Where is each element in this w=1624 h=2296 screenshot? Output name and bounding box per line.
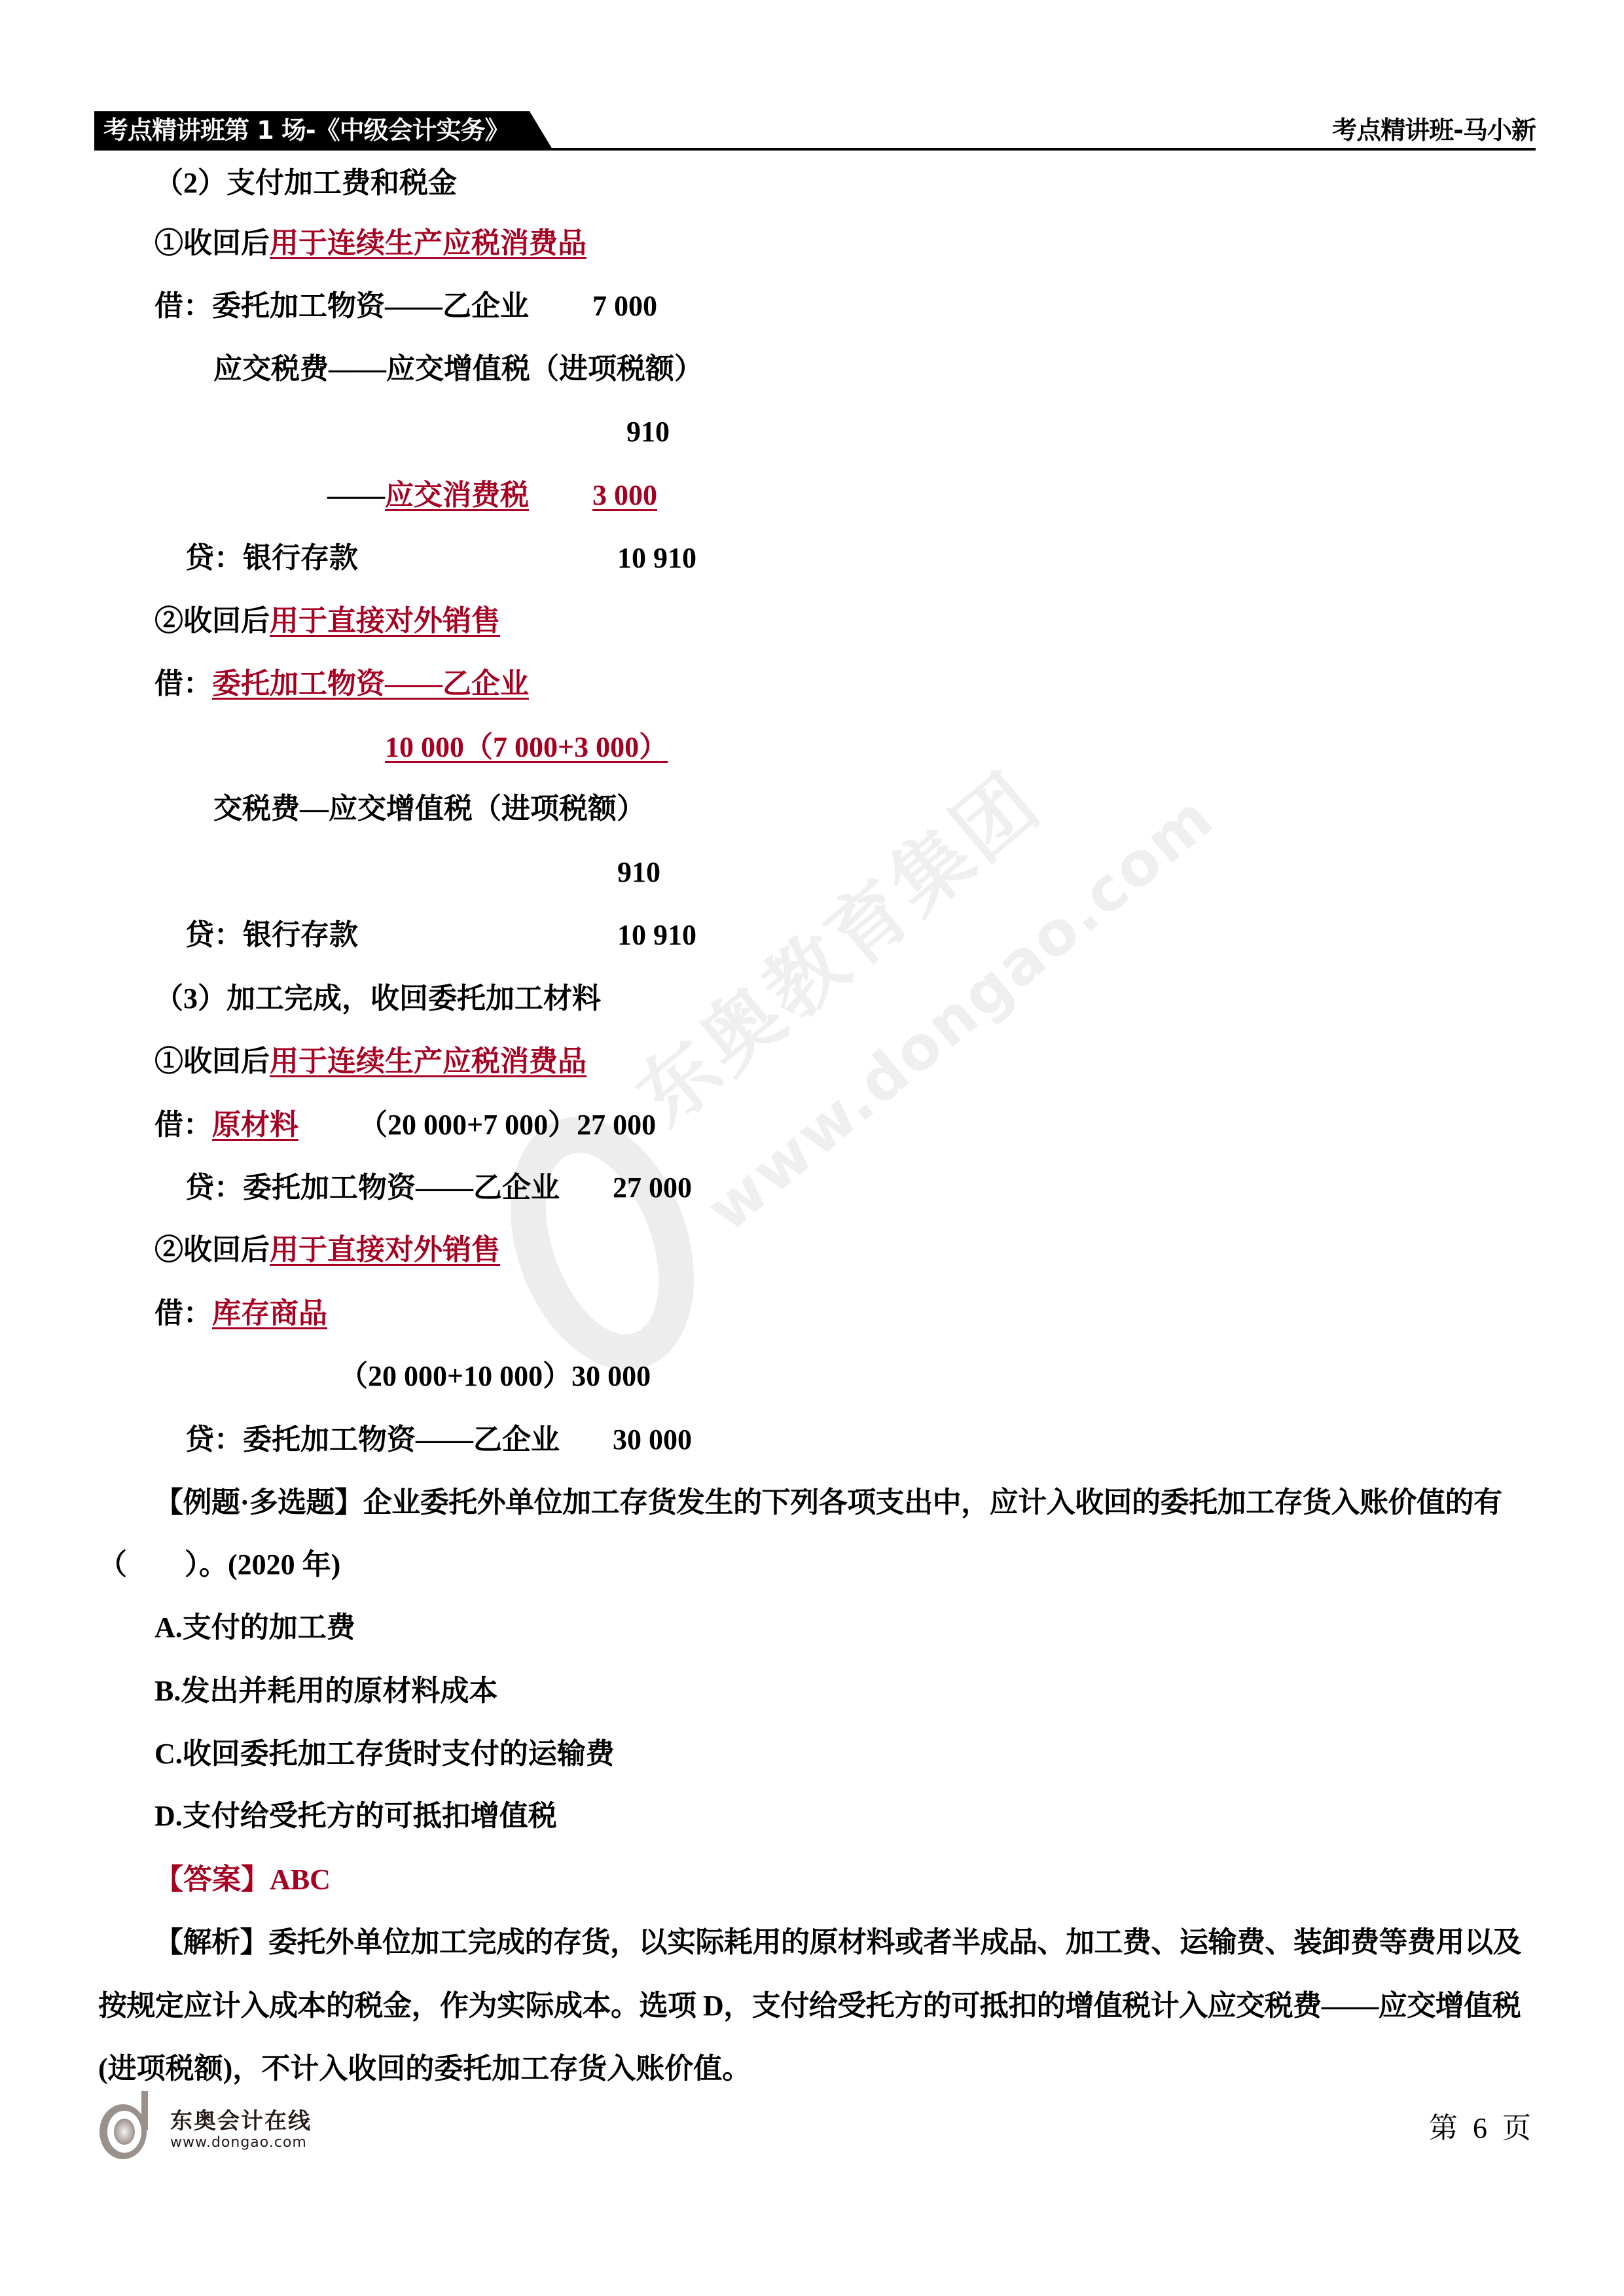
journal-credit-line: 贷：银行存款 xyxy=(185,916,358,955)
option-b: B.发出并耗用的原材料成本 xyxy=(154,1672,497,1711)
header-divider xyxy=(94,148,1536,151)
debit-label: 借： xyxy=(154,668,212,700)
section-3-heading: （3）加工完成，收回委托加工材料 xyxy=(154,979,601,1018)
case-heading: ②收回后用于直接对外销售 xyxy=(154,601,500,641)
vat-amount: 910 xyxy=(626,412,670,452)
excise-amount-value: 3 000 xyxy=(592,479,657,511)
debit-label: 借： xyxy=(154,1297,212,1329)
credit-account: 银行存款 xyxy=(243,919,358,951)
credit-amount: 27 000 xyxy=(613,1168,692,1208)
credit-amount: 10 910 xyxy=(617,539,696,578)
credit-label: 贷： xyxy=(185,919,243,951)
analysis-line-3: (进项税额)，不计入收回的委托加工存货入账价值。 xyxy=(98,2049,751,2089)
debit-amount: 10 000（7 000+3 000） xyxy=(385,728,668,767)
answer-value: ABC xyxy=(270,1863,331,1895)
dongao-logo-icon xyxy=(98,2091,160,2160)
credit-amount: 10 910 xyxy=(617,916,696,955)
credit-label: 贷： xyxy=(185,1172,243,1204)
credit-account: 委托加工物资——乙企业 xyxy=(243,1424,560,1456)
case-highlight: 用于连续生产应税消费品 xyxy=(270,1045,586,1077)
option-c: C.收回委托加工存货时支付的运输费 xyxy=(154,1734,615,1774)
journal-debit-line: 借：委托加工物资——乙企业 xyxy=(154,287,529,326)
debit-amount-value: 10 000（7 000+3 000） xyxy=(385,731,668,763)
question-stem: 【例题·多选题】企业委托外单位加工存货发生的下列各项支出中，应计入收回的委托加工… xyxy=(154,1483,1536,1522)
header-lecturer: 考点精讲班-马小新 xyxy=(1332,113,1536,148)
footer-logo: 东奥会计在线 www.dongao.com xyxy=(98,2091,334,2163)
question-stem-cont: （ ）。(2020 年) xyxy=(98,1545,340,1585)
logo-brand-name: 东奥会计在线 xyxy=(170,2103,312,2135)
option-a: A.支付的加工费 xyxy=(154,1608,355,1647)
credit-label: 贷： xyxy=(185,542,243,574)
debit-amount: （20 000+10 000）30 000 xyxy=(339,1357,651,1396)
logo-url: www.dongao.com xyxy=(170,2134,307,2151)
credit-account: 委托加工物资——乙企业 xyxy=(243,1172,560,1204)
section-2-heading: （2）支付加工费和税金 xyxy=(154,164,457,203)
journal-credit-line: 贷：银行存款 xyxy=(185,539,358,578)
credit-label: 贷： xyxy=(185,1424,243,1456)
debit-account: 库存商品 xyxy=(212,1297,327,1329)
journal-debit-line: 借：原材料 xyxy=(154,1105,298,1145)
credit-account: 银行存款 xyxy=(243,542,358,574)
document-page: 东奥教育集团 www.dongao.com 考点精讲班第 1 场-《中级会计实务… xyxy=(0,0,1624,2296)
case-heading: ①收回后用于连续生产应税消费品 xyxy=(154,224,586,263)
case-prefix: ①收回后 xyxy=(154,227,270,259)
excise-amount: 3 000 xyxy=(592,476,657,515)
debit-label: 借： xyxy=(154,1109,212,1141)
vat-amount: 910 xyxy=(617,853,660,892)
vat-account: 交税费—应交增值税（进项税额） xyxy=(213,789,645,829)
debit-account: 委托加工物资——乙企业 xyxy=(212,668,529,700)
option-d: D.支付给受托方的可抵扣增值税 xyxy=(154,1797,557,1836)
answer-label: 【答案】 xyxy=(154,1863,270,1895)
journal-credit-line: 贷：委托加工物资——乙企业 xyxy=(185,1168,560,1208)
excise-prefix: —— xyxy=(327,479,385,511)
case-heading: ①收回后用于连续生产应税消费品 xyxy=(154,1042,586,1081)
debit-amount: 7 000 xyxy=(592,287,657,326)
analysis-line-1: 【解析】委托外单位加工完成的存货，以实际耗用的原材料或者半成品、加工费、运输费、… xyxy=(154,1923,1521,1962)
case-prefix: ②收回后 xyxy=(154,1234,270,1266)
vat-account: 应交税费——应交增值税（进项税额） xyxy=(213,350,703,389)
case-highlight: 用于连续生产应税消费品 xyxy=(270,227,586,259)
watermark-url: www.dongao.com xyxy=(694,781,1227,1245)
journal-debit-line: 借：库存商品 xyxy=(154,1294,327,1333)
excise-account: 应交消费税 xyxy=(385,479,529,511)
case-prefix: ②收回后 xyxy=(154,605,270,637)
answer-line: 【答案】ABC xyxy=(154,1860,331,1899)
journal-debit-line: 借：委托加工物资——乙企业 xyxy=(154,664,529,704)
analysis-line-2: 按规定应计入成本的税金，作为实际成本。选项 D，支付给受托方的可抵扣的增值税计入… xyxy=(98,1986,1521,2026)
excise-line: ——应交消费税 xyxy=(327,476,529,515)
debit-account: 原材料 xyxy=(212,1109,298,1141)
case-highlight: 用于直接对外销售 xyxy=(270,605,500,637)
credit-amount: 30 000 xyxy=(613,1420,692,1460)
debit-label: 借： xyxy=(154,290,212,322)
header-course-title: 考点精讲班第 1 场-《中级会计实务》 xyxy=(103,113,509,148)
case-highlight: 用于直接对外销售 xyxy=(270,1234,500,1266)
page-number: 第 6 页 xyxy=(1429,2109,1531,2148)
journal-credit-line: 贷：委托加工物资——乙企业 xyxy=(185,1420,560,1460)
case-prefix: ①收回后 xyxy=(154,1045,270,1077)
debit-account: 委托加工物资——乙企业 xyxy=(212,290,529,322)
debit-amount: （20 000+7 000）27 000 xyxy=(359,1105,656,1145)
case-heading: ②收回后用于直接对外销售 xyxy=(154,1230,500,1270)
